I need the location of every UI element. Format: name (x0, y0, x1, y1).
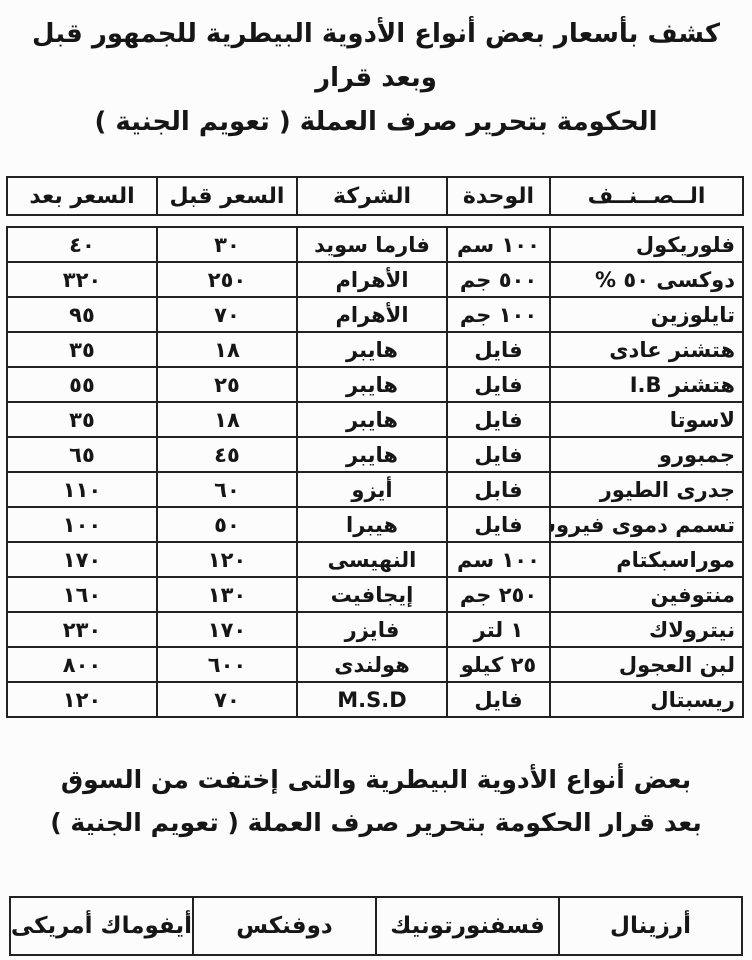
table-row: تسمم دموى فيروس فايل هيبرا ٥٠ ١٠٠ (7, 507, 743, 542)
unit-cell: فايل (447, 367, 550, 402)
section-subtitle: بعض أنواع الأدوية البيطرية والتى إختفت م… (0, 758, 752, 844)
discontinued-row: أرزينال فسفنورتونيك دوفنكس أيفوماك أمريك… (10, 897, 742, 955)
price-table-body: فلوريكول ١٠٠ سم فارما سويد ٣٠ ٤٠ دوكسى ٥… (7, 227, 743, 717)
table-row: موراسبكتام ١٠٠ سم النهيسى ١٢٠ ١٧٠ (7, 542, 743, 577)
price-after-cell: ٣٥ (7, 402, 157, 437)
price-after-cell: ٦٥ (7, 437, 157, 472)
table-row: فلوريكول ١٠٠ سم فارما سويد ٣٠ ٤٠ (7, 227, 743, 262)
page-title-line-1: كشف بأسعار بعض أنواع الأدوية البيطرية لل… (0, 12, 752, 100)
unit-cell: ١٠٠ سم (447, 227, 550, 262)
item-cell: تايلوزين (550, 297, 743, 332)
price-before-cell: ٥٠ (157, 507, 297, 542)
price-before-cell: ١٨ (157, 402, 297, 437)
table-row: جدرى الطيور فابل أيزو ٦٠ ١١٠ (7, 472, 743, 507)
price-before-cell: ٧٠ (157, 682, 297, 717)
unit-cell: فايل (447, 402, 550, 437)
document-page: كشف بأسعار بعض أنواع الأدوية البيطرية لل… (0, 0, 752, 960)
price-before-cell: ٢٥ (157, 367, 297, 402)
company-cell: هايبر (297, 367, 447, 402)
price-before-cell: ٧٠ (157, 297, 297, 332)
item-cell: دوكسى ٥٠ % (550, 262, 743, 297)
unit-cell: فابل (447, 472, 550, 507)
table-row: هتشنر I.B فايل هايبر ٢٥ ٥٥ (7, 367, 743, 402)
column-header-company: الشركة (297, 177, 447, 215)
company-cell: فارما سويد (297, 227, 447, 262)
item-cell: جدرى الطيور (550, 472, 743, 507)
price-before-cell: ١٨ (157, 332, 297, 367)
price-before-cell: ٦٠ (157, 472, 297, 507)
price-after-cell: ١٦٠ (7, 577, 157, 612)
page-title-line-2: الحكومة بتحرير صرف العملة ( تعويم الجنية… (0, 100, 752, 144)
company-cell: M.S.D (297, 682, 447, 717)
item-cell: منتوفين (550, 577, 743, 612)
discontinued-cell: أيفوماك أمريكى (10, 897, 193, 955)
page-title: كشف بأسعار بعض أنواع الأدوية البيطرية لل… (0, 0, 752, 144)
table-row: ريسبتال فايل M.S.D ٧٠ ١٢٠ (7, 682, 743, 717)
discontinued-cell: فسفنورتونيك (376, 897, 559, 955)
column-header-price-after: السعر بعد (7, 177, 157, 215)
unit-cell: ٢٥ كيلو (447, 647, 550, 682)
company-cell: الأهرام (297, 297, 447, 332)
table-row: هتشنر عادى فايل هايبر ١٨ ٣٥ (7, 332, 743, 367)
price-before-cell: ٢٥٠ (157, 262, 297, 297)
item-cell: تسمم دموى فيروس (550, 507, 743, 542)
item-cell: لاسوتا (550, 402, 743, 437)
company-cell: إيجافيت (297, 577, 447, 612)
unit-cell: فايل (447, 437, 550, 472)
unit-cell: ١٠٠ جم (447, 297, 550, 332)
company-cell: الأهرام (297, 262, 447, 297)
company-cell: هايبر (297, 437, 447, 472)
price-before-cell: ٣٠ (157, 227, 297, 262)
unit-cell: ١ لتر (447, 612, 550, 647)
price-table: فلوريكول ١٠٠ سم فارما سويد ٣٠ ٤٠ دوكسى ٥… (6, 226, 744, 718)
column-header-unit: الوحدة (447, 177, 550, 215)
price-after-cell: ٤٠ (7, 227, 157, 262)
table-row: لبن العجول ٢٥ كيلو هولندى ٦٠٠ ٨٠٠ (7, 647, 743, 682)
unit-cell: ١٠٠ سم (447, 542, 550, 577)
item-cell: لبن العجول (550, 647, 743, 682)
table-row: منتوفين ٢٥٠ جم إيجافيت ١٣٠ ١٦٠ (7, 577, 743, 612)
price-before-cell: ٦٠٠ (157, 647, 297, 682)
item-cell: نيترولاك (550, 612, 743, 647)
item-cell: فلوريكول (550, 227, 743, 262)
discontinued-medicines-table: أرزينال فسفنورتونيك دوفنكس أيفوماك أمريك… (9, 896, 743, 956)
column-header-item: الــصــنــف (550, 177, 743, 215)
price-after-cell: ٨٠٠ (7, 647, 157, 682)
item-cell: ريسبتال (550, 682, 743, 717)
discontinued-cell: دوفنكس (193, 897, 376, 955)
table-row: دوكسى ٥٠ % ٥٠٠ جم الأهرام ٢٥٠ ٣٢٠ (7, 262, 743, 297)
item-cell: هتشنر عادى (550, 332, 743, 367)
table-row: نيترولاك ١ لتر فايزر ١٧٠ ٢٣٠ (7, 612, 743, 647)
table-row: تايلوزين ١٠٠ جم الأهرام ٧٠ ٩٥ (7, 297, 743, 332)
company-cell: هايبر (297, 332, 447, 367)
company-cell: أيزو (297, 472, 447, 507)
header-row: الــصــنــف الوحدة الشركة السعر قبل السع… (7, 177, 743, 215)
company-cell: فايزر (297, 612, 447, 647)
company-cell: هيبرا (297, 507, 447, 542)
price-after-cell: ٣٢٠ (7, 262, 157, 297)
section-subtitle-line-1: بعض أنواع الأدوية البيطرية والتى إختفت م… (0, 758, 752, 801)
price-after-cell: ٣٥ (7, 332, 157, 367)
unit-cell: ٥٠٠ جم (447, 262, 550, 297)
price-after-cell: ١٠٠ (7, 507, 157, 542)
item-cell: موراسبكتام (550, 542, 743, 577)
price-table-header: الــصــنــف الوحدة الشركة السعر قبل السع… (6, 176, 744, 216)
unit-cell: ٢٥٠ جم (447, 577, 550, 612)
price-before-cell: ١٧٠ (157, 612, 297, 647)
unit-cell: فايل (447, 682, 550, 717)
unit-cell: فايل (447, 332, 550, 367)
company-cell: هولندى (297, 647, 447, 682)
price-after-cell: ٢٣٠ (7, 612, 157, 647)
price-before-cell: ١٣٠ (157, 577, 297, 612)
item-cell: هتشنر I.B (550, 367, 743, 402)
price-after-cell: ١٧٠ (7, 542, 157, 577)
price-after-cell: ٩٥ (7, 297, 157, 332)
item-cell: جمبورو (550, 437, 743, 472)
company-cell: النهيسى (297, 542, 447, 577)
price-after-cell: ١١٠ (7, 472, 157, 507)
column-header-price-before: السعر قبل (157, 177, 297, 215)
discontinued-cell: أرزينال (559, 897, 742, 955)
price-after-cell: ٥٥ (7, 367, 157, 402)
unit-cell: فايل (447, 507, 550, 542)
section-subtitle-line-2: بعد قرار الحكومة بتحرير صرف العملة ( تعو… (0, 801, 752, 844)
company-cell: هايبر (297, 402, 447, 437)
price-before-cell: ١٢٠ (157, 542, 297, 577)
price-before-cell: ٤٥ (157, 437, 297, 472)
price-after-cell: ١٢٠ (7, 682, 157, 717)
table-row: جمبورو فايل هايبر ٤٥ ٦٥ (7, 437, 743, 472)
table-row: لاسوتا فايل هايبر ١٨ ٣٥ (7, 402, 743, 437)
